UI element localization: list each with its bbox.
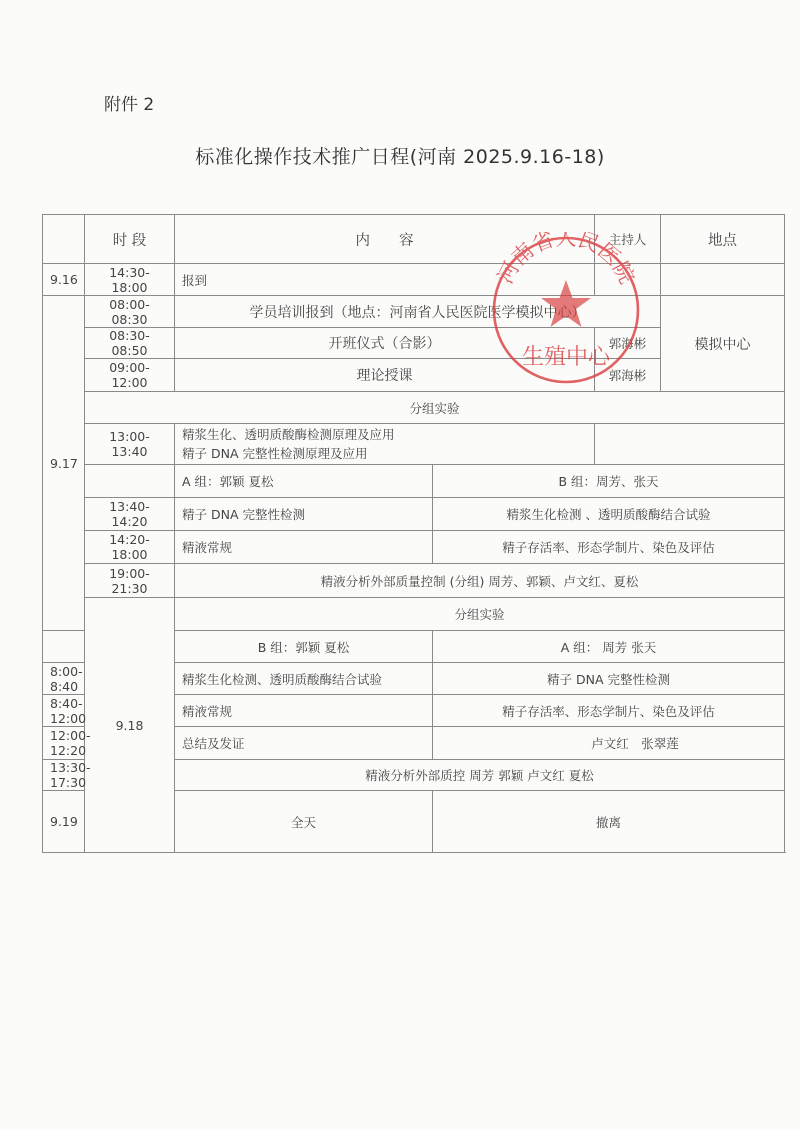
- section-row: 9.18 分组实验: [43, 598, 785, 631]
- header-time: 时 段: [85, 215, 175, 264]
- left-task: 精浆生化检测、透明质酸酶结合试验: [175, 663, 433, 695]
- content-cell: 撤离: [433, 791, 785, 853]
- content-cell: 精浆生化、透明质酸酶检测原理及应用 精子 DNA 完整性检测原理及应用: [175, 424, 595, 465]
- header-host: 主持人: [595, 215, 661, 264]
- host-cell: [595, 264, 661, 296]
- group-b-cell: B 组：郭颖 夏松: [175, 631, 433, 663]
- location-cell: [661, 264, 785, 296]
- time-cell: 09:00-12:00: [85, 359, 175, 392]
- date-cell: 9.17: [43, 296, 85, 631]
- right-task: 精子 DNA 完整性检测: [433, 663, 785, 695]
- time-cell: 14:30-18:00: [85, 264, 175, 296]
- date-cell: 9.19: [43, 791, 85, 853]
- group-row: A 组：郭颖 夏松 B 组：周芳、张天: [43, 465, 785, 498]
- time-cell: 13:40-14:20: [85, 498, 175, 531]
- empty-cell: [595, 424, 785, 465]
- right-task: 卢文红 张翠莲: [433, 727, 785, 760]
- content-cell: 报到: [175, 264, 595, 296]
- time-cell: 14:20-18:00: [85, 531, 175, 564]
- time-cell: 19:00-21:30: [85, 564, 175, 598]
- host-cell: 郭海彬: [595, 328, 661, 359]
- content-line: 精子 DNA 完整性检测原理及应用: [182, 444, 587, 463]
- time-cell: 13:00-13:40: [85, 424, 175, 465]
- header-content: 内 容: [175, 215, 595, 264]
- time-cell: 08:00-08:30: [85, 296, 175, 328]
- time-cell: 12:00-12:20: [43, 727, 85, 760]
- page-title: 标准化操作技术推广日程(河南 2025.9.16-18): [0, 142, 800, 169]
- group-b-task: 精子存活率、形态学制片、染色及评估: [433, 531, 785, 564]
- table-row: 14:20-18:00 精液常规 精子存活率、形态学制片、染色及评估: [43, 531, 785, 564]
- table-row: 13:00-13:40 精浆生化、透明质酸酶检测原理及应用 精子 DNA 完整性…: [43, 424, 785, 465]
- left-task: 总结及发证: [175, 727, 433, 760]
- header-row: 时 段 内 容 主持人 地点: [43, 215, 785, 264]
- content-cell: 理论授课: [175, 359, 595, 392]
- left-task: 精液常规: [175, 695, 433, 727]
- right-task: 精子存活率、形态学制片、染色及评估: [433, 695, 785, 727]
- schedule-table: 时 段 内 容 主持人 地点 9.16 14:30-18:00 报到 9.17 …: [42, 214, 785, 853]
- time-cell: 全天: [175, 791, 433, 853]
- time-cell: 13:30-17:30: [43, 760, 85, 791]
- date-cell: 9.16: [43, 264, 85, 296]
- group-a-cell: A 组：郭颖 夏松: [175, 465, 433, 498]
- time-cell: [43, 631, 85, 663]
- table-row: 9.17 08:00-08:30 学员培训报到（地点：河南省人民医院医学模拟中心…: [43, 296, 785, 328]
- content-cell: 学员培训报到（地点：河南省人民医院医学模拟中心）: [175, 296, 661, 328]
- group-a-cell: A 组： 周芳 张天: [433, 631, 785, 663]
- header-date: [43, 215, 85, 264]
- table-row: 13:40-14:20 精子 DNA 完整性检测 精浆生化检测 、透明质酸酶结合…: [43, 498, 785, 531]
- time-cell: 8:00-8:40: [43, 663, 85, 695]
- section-title: 分组实验: [85, 392, 785, 424]
- section-row: 分组实验: [43, 392, 785, 424]
- content-cell: 开班仪式（合影）: [175, 328, 595, 359]
- time-cell: 08:30-08:50: [85, 328, 175, 359]
- table-row: 9.16 14:30-18:00 报到: [43, 264, 785, 296]
- content-cell: 精液分析外部质量控制 (分组) 周芳、郭颖、卢文红、夏松: [175, 564, 785, 598]
- header-location: 地点: [661, 215, 785, 264]
- time-cell: [85, 465, 175, 498]
- time-cell: 8:40-12:00: [43, 695, 85, 727]
- group-a-task: 精液常规: [175, 531, 433, 564]
- section-title: 分组实验: [175, 598, 785, 631]
- location-cell: 模拟中心: [661, 296, 785, 392]
- content-cell: 精液分析外部质控 周芳 郭颖 卢文红 夏松: [175, 760, 785, 791]
- host-cell: 郭海彬: [595, 359, 661, 392]
- attachment-label: 附件 2: [104, 90, 154, 115]
- group-b-task: 精浆生化检测 、透明质酸酶结合试验: [433, 498, 785, 531]
- group-a-task: 精子 DNA 完整性检测: [175, 498, 433, 531]
- date-cell: 9.18: [85, 598, 175, 853]
- group-b-cell: B 组：周芳、张天: [433, 465, 785, 498]
- table-row: 19:00-21:30 精液分析外部质量控制 (分组) 周芳、郭颖、卢文红、夏松: [43, 564, 785, 598]
- content-line: 精浆生化、透明质酸酶检测原理及应用: [182, 425, 587, 444]
